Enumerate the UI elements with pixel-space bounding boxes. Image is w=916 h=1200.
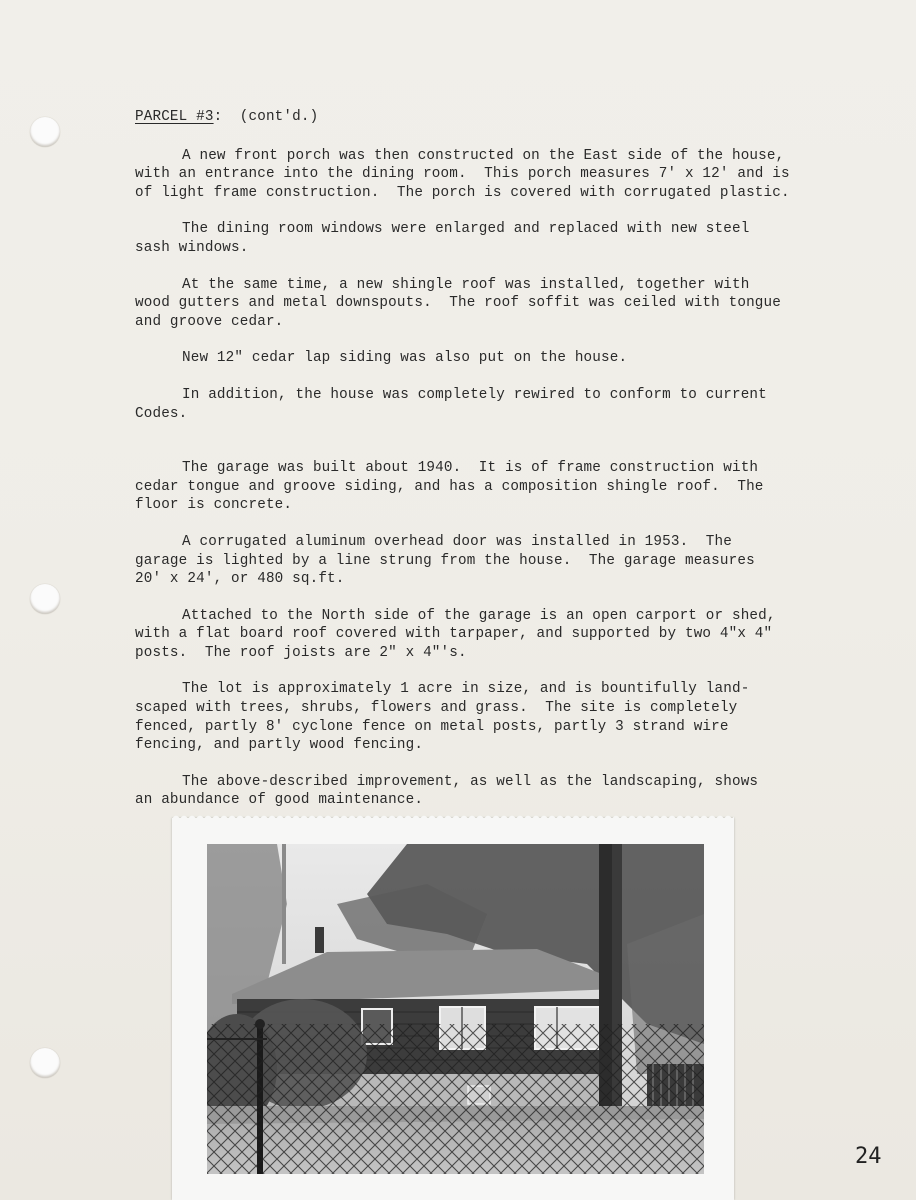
text-line: sash windows. (135, 239, 835, 258)
text-line: wood gutters and metal downspouts. The r… (135, 294, 835, 313)
text-line: New 12" cedar lap siding was also put on… (135, 349, 835, 368)
paragraph-carport: Attached to the North side of the garage… (135, 607, 835, 663)
text-line: Attached to the North side of the garage… (135, 607, 835, 626)
text-line: fencing, and partly wood fencing. (135, 736, 835, 755)
text-line: At the same time, a new shingle roof was… (135, 276, 835, 295)
photo-print (172, 818, 734, 1200)
punch-hole (30, 584, 60, 614)
house-photo-image (207, 844, 704, 1174)
text-line: In addition, the house was completely re… (135, 386, 835, 405)
paragraph-porch: A new front porch was then constructed o… (135, 147, 835, 203)
paragraph-garage: The garage was built about 1940. It is o… (135, 459, 835, 515)
text-line: The garage was built about 1940. It is o… (135, 459, 835, 478)
text-line: cedar tongue and groove siding, and has … (135, 478, 835, 497)
text-line: an abundance of good maintenance. (135, 791, 835, 810)
text-line: A corrugated aluminum overhead door was … (135, 533, 835, 552)
text-line: with an entrance into the dining room. T… (135, 165, 835, 184)
page-number: 24 (855, 1144, 882, 1169)
document-page: PARCEL #3: (cont'd.) A new front porch w… (0, 0, 916, 1200)
text-line: Codes. (135, 405, 835, 424)
text-line: fenced, partly 8' cyclone fence on metal… (135, 718, 835, 737)
typed-text-body: PARCEL #3: (cont'd.) A new front porch w… (135, 108, 835, 828)
text-line: The lot is approximately 1 acre in size,… (135, 680, 835, 699)
paragraph-maintenance: The above-described improvement, as well… (135, 773, 835, 810)
paragraph-roof: At the same time, a new shingle roof was… (135, 276, 835, 332)
parcel-label: PARCEL #3 (135, 109, 214, 125)
text-line: The above-described improvement, as well… (135, 773, 835, 792)
paragraph-wiring: In addition, the house was completely re… (135, 386, 835, 423)
text-line: garage is lighted by a line strung from … (135, 552, 835, 571)
text-line: posts. The roof joists are 2" x 4"'s. (135, 644, 835, 663)
heading-suffix: : (cont'd.) (214, 109, 319, 125)
text-line: and groove cedar. (135, 313, 835, 332)
paragraph-siding: New 12" cedar lap siding was also put on… (135, 349, 835, 368)
text-line: scaped with trees, shrubs, flowers and g… (135, 699, 835, 718)
text-line: The dining room windows were enlarged an… (135, 220, 835, 239)
paragraph-garage-door: A corrugated aluminum overhead door was … (135, 533, 835, 589)
paragraph-lot: The lot is approximately 1 acre in size,… (135, 680, 835, 754)
punch-hole (30, 1048, 60, 1078)
text-line: with a flat board roof covered with tarp… (135, 625, 835, 644)
text-line: A new front porch was then constructed o… (135, 147, 835, 166)
text-line: floor is concrete. (135, 496, 835, 515)
punch-hole (30, 117, 60, 147)
text-line: 20' x 24', or 480 sq.ft. (135, 570, 835, 589)
house-photo (207, 844, 704, 1174)
text-line: of light frame construction. The porch i… (135, 184, 835, 203)
paragraph-windows: The dining room windows were enlarged an… (135, 220, 835, 257)
section-heading: PARCEL #3: (cont'd.) (135, 108, 835, 127)
